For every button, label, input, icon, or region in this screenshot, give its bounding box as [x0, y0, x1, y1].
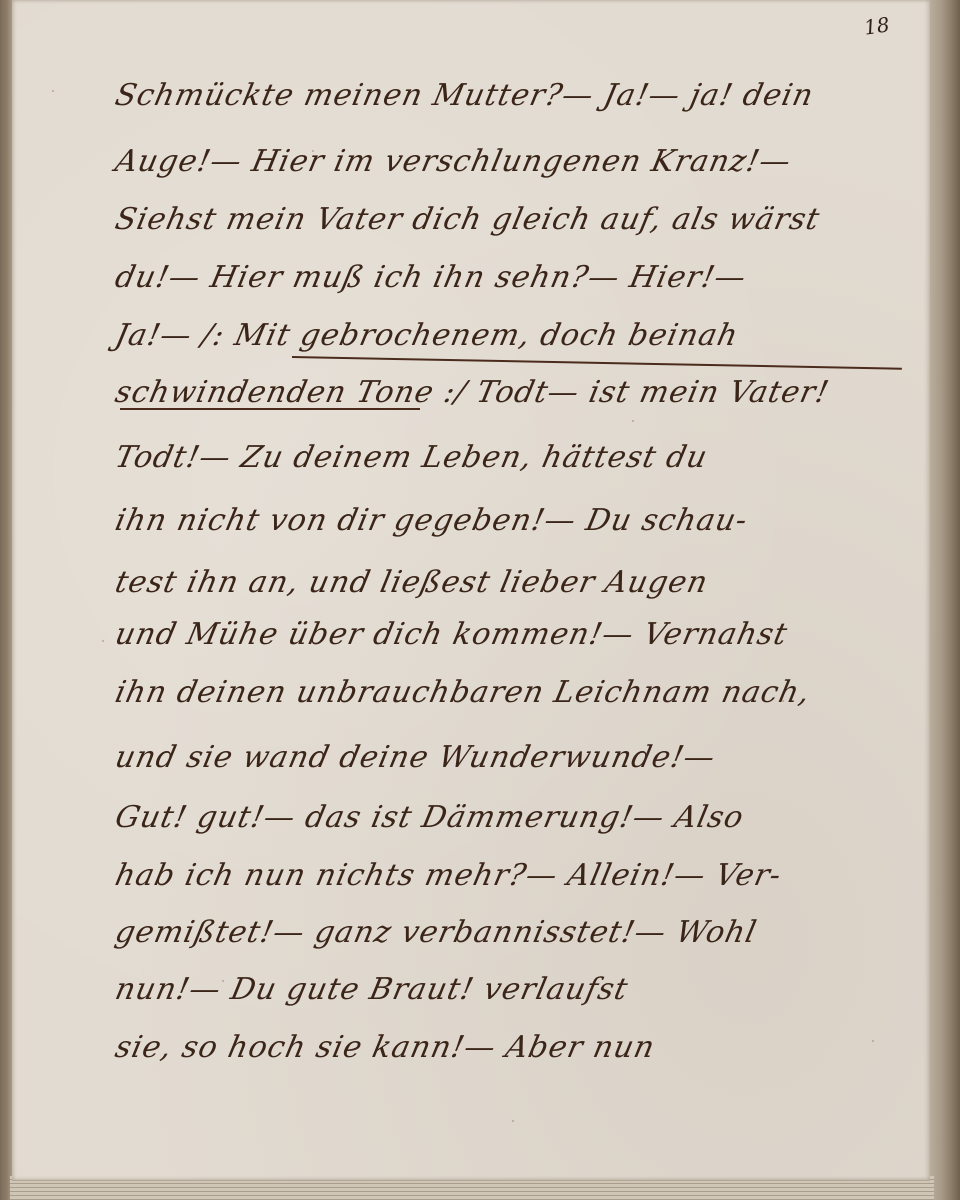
- text-line-11: ihn deinen unbrauchbaren Leichnam nach,: [112, 675, 814, 710]
- text-line-13: Gut! gut!— das ist Dämmerung!— Also: [112, 800, 747, 835]
- text-line-6: schwindenden Tone :/ Todt— ist mein Vate…: [112, 375, 833, 410]
- text-line-14: hab ich nun nichts mehr?— Allein!— Ver-: [112, 858, 785, 893]
- underline-stage-direction-2: [120, 408, 420, 410]
- underline-stage-direction-1: [292, 356, 902, 370]
- manuscript-page: 18 Schmückte meinen Mutter?— Ja!— ja! de…: [12, 0, 930, 1181]
- text-line-12: und sie wand deine Wunderwunde!—: [112, 740, 719, 775]
- text-line-2: Auge!— Hier im verschlungenen Kranz!—: [112, 144, 794, 179]
- text-line-9: test ihn an, und ließest lieber Augen: [112, 565, 711, 600]
- text-line-15: gemißtet!— ganz verbannisstet!— Wohl: [112, 915, 760, 950]
- page-number: 18: [862, 12, 891, 39]
- text-line-4: du!— Hier muß ich ihn sehn?— Hier!—: [112, 260, 750, 295]
- text-line-10: und Mühe über dich kommen!— Vernahst: [112, 617, 791, 652]
- book-binding-right: [929, 0, 960, 1200]
- text-line-7: Todt!— Zu deinem Leben, hättest du: [112, 440, 711, 475]
- text-line-3: Siehst mein Vater dich gleich auf, als w…: [112, 202, 823, 237]
- text-line-16: nun!— Du gute Braut! verlaufst: [112, 972, 631, 1007]
- text-line-5: Ja!— /: Mit gebrochenem, doch beinah: [112, 318, 742, 353]
- text-line-1: Schmückte meinen Mutter?— Ja!— ja! dein: [112, 78, 817, 113]
- text-line-17: sie, so hoch sie kann!— Aber nun: [112, 1030, 658, 1065]
- text-line-8: ihn nicht von dir gegeben!— Du schau-: [112, 503, 751, 538]
